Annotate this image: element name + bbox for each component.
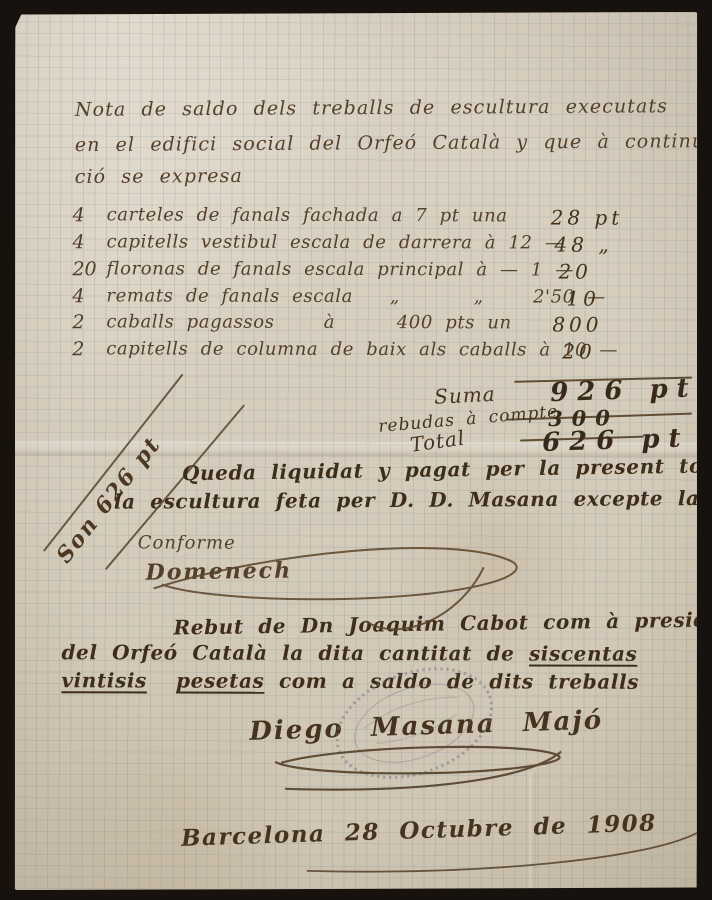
item-amount: 800 xyxy=(552,313,602,337)
item-desc: capitells vestibul escala de darrera à 1… xyxy=(107,231,564,253)
receipt-line-2: del Orfeó Català la dita cantitat de sis… xyxy=(61,640,637,666)
item-row: 2 caballs pagassos à 400 pts un 800 xyxy=(14,311,698,340)
conforme-label: Conforme xyxy=(138,532,236,553)
paper-sheet: Nota de saldo dels treballs de escultura… xyxy=(13,10,699,892)
total-value: 626 pt xyxy=(542,423,690,458)
item-row: 4 capitells vestibul escala de darrera à… xyxy=(15,231,699,260)
heading-line-2: en el edifici social del Orfeó Català y … xyxy=(75,130,712,156)
item-row: 2 capitells de columna de baix als cabal… xyxy=(14,338,698,367)
item-desc: floronas de fanals escala principal à — … xyxy=(106,258,573,280)
conforme-signature-name: Domenech xyxy=(145,558,292,586)
item-desc: remats de fanals escala „ „ 2'50 — xyxy=(106,285,605,307)
item-desc: caballs pagassos à 400 pts un xyxy=(106,311,511,333)
photo-background: Nota de saldo dels treballs de escultura… xyxy=(0,0,712,900)
receipt-line-3-rest: com a saldo de dits treballs xyxy=(264,669,639,694)
item-qty: 4 xyxy=(73,204,85,226)
item-desc: capitells de columna de baix als caballs… xyxy=(106,338,618,360)
suma-value: 926 pt xyxy=(550,373,698,408)
settlement-line-2: la escultura feta per D. D. Masana excep… xyxy=(114,485,712,514)
receipt-line-2-text: del Orfeó Català la dita cantitat de xyxy=(61,640,529,665)
item-amount: 28 pt xyxy=(551,206,624,230)
item-row: 20 floronas de fanals escala principal à… xyxy=(14,258,698,287)
space-text xyxy=(147,668,176,692)
heading-line-3: ció se expresa xyxy=(75,165,243,188)
item-amount: 20 xyxy=(562,340,596,364)
heading-line-1: Nota de saldo dels treballs de escultura… xyxy=(75,95,668,121)
receipt-underlined-amount-2: vintisis xyxy=(61,668,147,692)
item-amount: 20 xyxy=(558,260,592,284)
suma-label: Suma xyxy=(434,382,497,409)
item-row: 4 carteles de fanals fachada a 7 pt una … xyxy=(15,204,699,233)
item-amount: 48 „ xyxy=(555,233,613,257)
item-row: 4 remats de fanals escala „ „ 2'50 — 10 xyxy=(14,285,698,314)
item-qty: 2 xyxy=(72,338,84,360)
item-desc: carteles de fanals fachada a 7 pt una xyxy=(107,204,508,226)
item-qty: 4 xyxy=(73,231,85,253)
item-qty: 20 xyxy=(72,258,96,280)
item-qty: 2 xyxy=(72,311,84,333)
receipt-line-3: vintisis pesetas com a saldo de dits tre… xyxy=(61,668,639,694)
receipt-underlined-amount-3: pesetas xyxy=(176,669,264,693)
item-amount: 10 xyxy=(566,287,600,311)
receipt-underlined-amount-1: siscentas xyxy=(529,641,637,665)
item-qty: 4 xyxy=(72,285,84,307)
